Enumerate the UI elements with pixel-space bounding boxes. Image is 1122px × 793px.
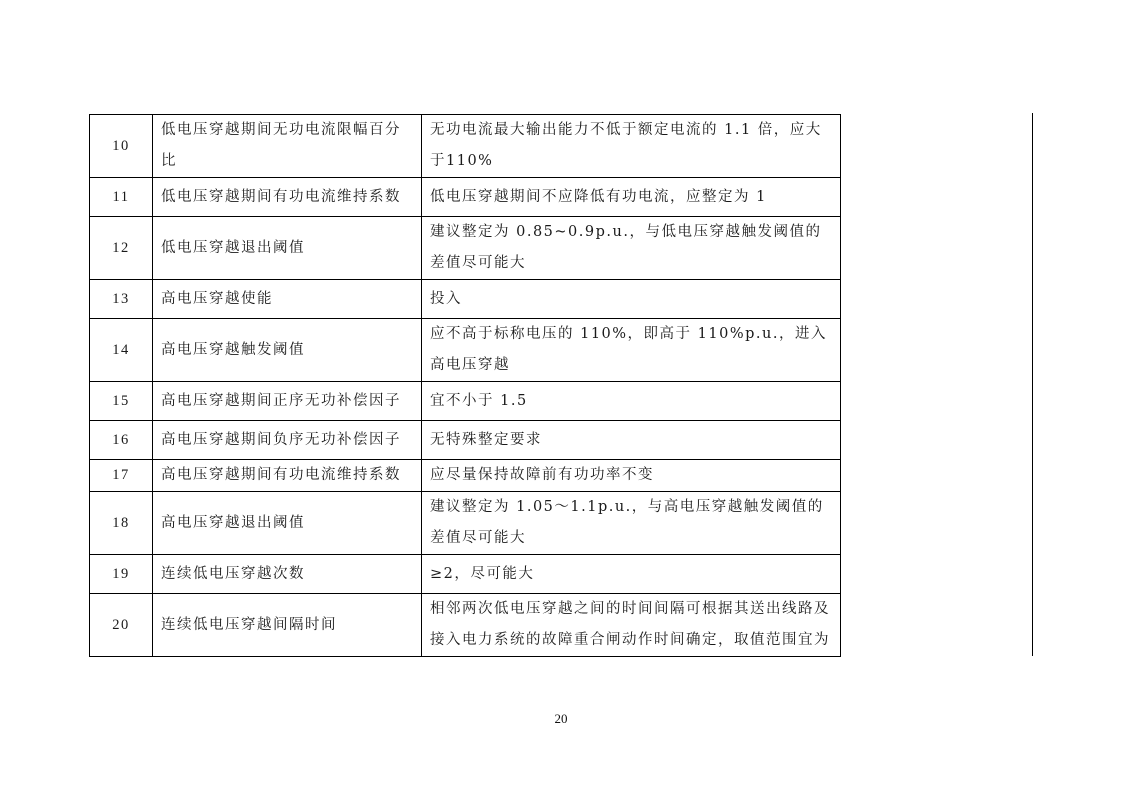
row-number: 17 <box>90 460 153 492</box>
row-number: 14 <box>90 319 153 382</box>
page-number: 20 <box>0 711 1122 727</box>
setting-requirement: 无特殊整定要求 <box>422 421 841 460</box>
table-row: 20连续低电压穿越间隔时间相邻两次低电压穿越之间的时间间隔可根据其送出线路及接入… <box>90 594 841 657</box>
setting-requirement: 应尽量保持故障前有功功率不变 <box>422 460 841 492</box>
parameter-name: 高电压穿越使能 <box>153 280 422 319</box>
table-row: 16高电压穿越期间负序无功补偿因子无特殊整定要求 <box>90 421 841 460</box>
table-row: 18高电压穿越退出阈值建议整定为 1.05～1.1p.u.，与高电压穿越触发阈值… <box>90 492 841 555</box>
parameter-name: 高电压穿越触发阈值 <box>153 319 422 382</box>
table-row: 11低电压穿越期间有功电流维持系数低电压穿越期间不应降低有功电流，应整定为 1 <box>90 178 841 217</box>
parameter-name: 连续低电压穿越次数 <box>153 555 422 594</box>
table-row: 13高电压穿越使能投入 <box>90 280 841 319</box>
row-number: 11 <box>90 178 153 217</box>
parameter-name: 高电压穿越期间有功电流维持系数 <box>153 460 422 492</box>
table-row: 12低电压穿越退出阈值建议整定为 0.85~0.9p.u.，与低电压穿越触发阈值… <box>90 217 841 280</box>
table-row: 10低电压穿越期间无功电流限幅百分比无功电流最大输出能力不低于额定电流的 1.1… <box>90 115 841 178</box>
setting-requirement: 投入 <box>422 280 841 319</box>
setting-requirement: 无功电流最大输出能力不低于额定电流的 1.1 倍，应大于110% <box>422 115 841 178</box>
margin-rule <box>1032 113 1033 656</box>
parameter-name: 低电压穿越期间有功电流维持系数 <box>153 178 422 217</box>
row-number: 12 <box>90 217 153 280</box>
row-number: 19 <box>90 555 153 594</box>
parameter-name: 高电压穿越期间正序无功补偿因子 <box>153 382 422 421</box>
parameter-name: 连续低电压穿越间隔时间 <box>153 594 422 657</box>
table-row: 14高电压穿越触发阈值应不高于标称电压的 110%，即高于 110%p.u.，进… <box>90 319 841 382</box>
setting-requirement: ≥2，尽可能大 <box>422 555 841 594</box>
parameter-name: 高电压穿越退出阈值 <box>153 492 422 555</box>
settings-table-body: 10低电压穿越期间无功电流限幅百分比无功电流最大输出能力不低于额定电流的 1.1… <box>90 115 841 657</box>
settings-table: 10低电压穿越期间无功电流限幅百分比无功电流最大输出能力不低于额定电流的 1.1… <box>89 114 841 657</box>
row-number: 13 <box>90 280 153 319</box>
setting-requirement: 宜不小于 1.5 <box>422 382 841 421</box>
setting-requirement: 低电压穿越期间不应降低有功电流，应整定为 1 <box>422 178 841 217</box>
setting-requirement: 建议整定为 0.85~0.9p.u.，与低电压穿越触发阈值的差值尽可能大 <box>422 217 841 280</box>
parameter-name: 低电压穿越期间无功电流限幅百分比 <box>153 115 422 178</box>
setting-requirement: 应不高于标称电压的 110%，即高于 110%p.u.，进入高电压穿越 <box>422 319 841 382</box>
setting-requirement: 相邻两次低电压穿越之间的时间间隔可根据其送出线路及接入电力系统的故障重合闸动作时… <box>422 594 841 657</box>
row-number: 20 <box>90 594 153 657</box>
setting-requirement: 建议整定为 1.05～1.1p.u.，与高电压穿越触发阈值的差值尽可能大 <box>422 492 841 555</box>
row-number: 15 <box>90 382 153 421</box>
row-number: 10 <box>90 115 153 178</box>
document-page: 10低电压穿越期间无功电流限幅百分比无功电流最大输出能力不低于额定电流的 1.1… <box>0 0 1122 793</box>
parameter-name: 高电压穿越期间负序无功补偿因子 <box>153 421 422 460</box>
table-row: 15高电压穿越期间正序无功补偿因子宜不小于 1.5 <box>90 382 841 421</box>
row-number: 18 <box>90 492 153 555</box>
table-row: 17高电压穿越期间有功电流维持系数应尽量保持故障前有功功率不变 <box>90 460 841 492</box>
row-number: 16 <box>90 421 153 460</box>
parameter-name: 低电压穿越退出阈值 <box>153 217 422 280</box>
table-row: 19连续低电压穿越次数≥2，尽可能大 <box>90 555 841 594</box>
